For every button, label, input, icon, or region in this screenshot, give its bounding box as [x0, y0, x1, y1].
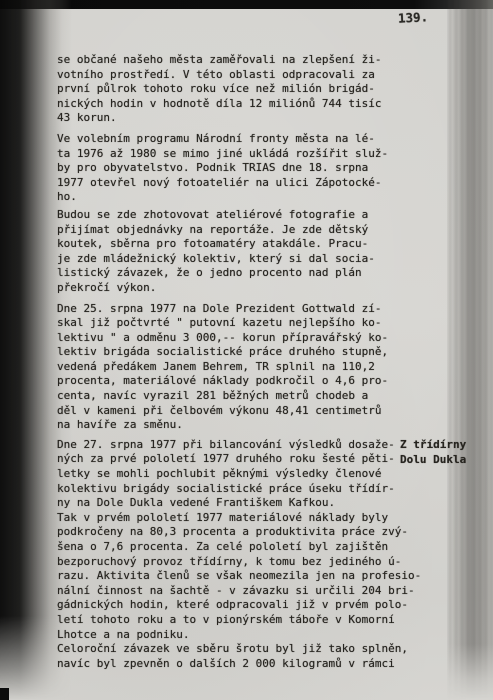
bottom-left-corner-mark — [0, 688, 9, 700]
paragraph: se občané našeho města zaměřovali na zle… — [57, 53, 457, 126]
paragraph: Budou se zde zhotovovat ateliérové fotog… — [57, 208, 457, 296]
margin-note: Z třídírny Dolu Dukla — [400, 438, 466, 467]
paragraph: Ve volebním programu Národní fronty měst… — [57, 132, 457, 205]
scanned-page: 139. se občané našeho města zaměřovali n… — [0, 0, 493, 700]
paragraph: Celoroční závazek ve sběru šrotu byl již… — [57, 642, 457, 671]
top-scan-bar — [0, 0, 493, 9]
paragraph: Dne 25. srpna 1977 na Dole Prezident Got… — [57, 302, 457, 433]
paragraph: Dne 27. srpna 1977 při bilancování výsle… — [57, 438, 457, 511]
page-number: 139. — [398, 9, 429, 26]
document-text-block: se občané našeho města zaměřovali na zle… — [57, 53, 457, 671]
paragraph: Tak v prvém pololetí 1977 materiálové ná… — [57, 511, 457, 642]
